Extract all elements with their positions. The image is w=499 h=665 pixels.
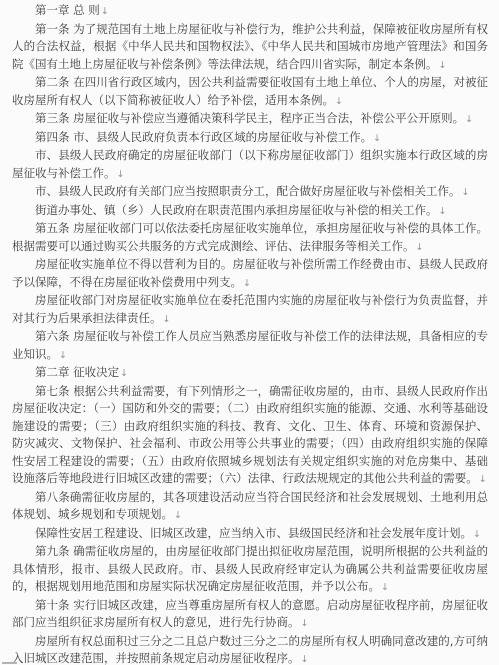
paragraph-mark-icon: ↓ xyxy=(163,311,171,329)
paragraph-mark-icon: ↓ xyxy=(373,130,381,148)
paragraph-mark-icon: ↓ xyxy=(465,111,473,129)
paragraph-text: 市、县级人民政府有关部门应当按照职责分工，配合做好房屋征收与补偿相关工作。 xyxy=(35,184,461,198)
paragraph-text: 街道办事处、镇（乡）人民政府在职责范围内承担房屋征收与补偿的相关工作。 xyxy=(35,203,438,217)
paragraph-mark-icon: ↓ xyxy=(59,347,67,365)
paragraph-mark-icon: ↓ xyxy=(101,3,109,21)
paragraph-text: 第七条 根据公共利益需要，有下列情形之一，确需征收房屋的，由市、县级人民政府作出… xyxy=(12,384,488,486)
paragraph-mark-icon: ↓ xyxy=(120,365,128,383)
paragraph-mark-icon: ↓ xyxy=(439,57,447,75)
paragraph-mark-icon: ↓ xyxy=(301,615,309,633)
paragraph-mark-icon: ↓ xyxy=(439,203,447,221)
paragraph-mark-icon: ↓ xyxy=(381,579,389,597)
paragraph-mark-icon: ↓ xyxy=(243,275,251,293)
article-paragraph: 第八条确需征收房屋的，其各项建设活动应当符合国民经济和社会发展规划、土地利用总体… xyxy=(12,489,488,525)
paragraph-text: 第三条 房屋征收与补偿应当遵循决策科学民主，程序正当合法，补偿公平公开原则。 xyxy=(35,111,464,125)
article-paragraph: 第六条 房屋征收与补偿工作人员应当熟悉房屋征收与补偿工作的法律法规，具备相应的专… xyxy=(12,328,488,364)
paragraph-text: 房屋所有权总面积过三分之二且总户数过三分之二的房屋所有权人明确同意改建的,方可纳… xyxy=(12,634,488,665)
paragraph-mark-icon: ↓ xyxy=(416,239,424,257)
paragraph-text: 第八条确需征收房屋的，其各项建设活动应当符合国民经济和社会发展规划、土地利用总体… xyxy=(12,490,488,522)
article-paragraph: 第二条 在四川省行政区域内，因公共利益需要征收国有土地上单位、个人的房屋，对被征… xyxy=(12,74,488,110)
paragraph-text: 房屋征收部门对房屋征收实施单位在委托范围内实施的房屋征收与补偿行为负责监督，并对… xyxy=(12,293,488,325)
body-paragraph: 房屋征收部门对房屋征收实施单位在委托范围内实施的房屋征收与补偿行为负责监督，并对… xyxy=(12,292,488,328)
body-paragraph: 街道办事处、镇（乡）人民政府在职责范围内承担房屋征收与补偿的相关工作。↓ xyxy=(12,202,488,221)
article-paragraph: 第九条 确需征收房屋的，由房屋征收部门提出拟征收房屋范围，说明所根据的公共利益的… xyxy=(12,543,488,597)
chapter-heading: 第一章 总 则↓ xyxy=(12,2,488,21)
page-edge-artifact xyxy=(2,662,17,664)
paragraph-mark-icon: ↓ xyxy=(117,166,125,184)
body-paragraph: 市、县级人民政府确定的房屋征收部门（以下称房屋征收部门）组织实施本行政区域的房屋… xyxy=(12,147,488,183)
paragraph-text: 保障性安居工程建设、旧城区改建，应当纳入市、县级国民经济和社会发展年度计划。 xyxy=(35,526,472,540)
paragraph-mark-icon: ↓ xyxy=(473,526,481,544)
chapter-heading: 第二章 征收决定↓ xyxy=(12,364,488,383)
paragraph-text: 第四条 市、县级人民政府负责本行政区域的房屋征收与补偿工作。 xyxy=(35,130,372,144)
article-paragraph: 第七条 根据公共利益需要，有下列情形之一，确需征收房屋的，由市、县级人民政府作出… xyxy=(12,383,488,489)
article-paragraph: 第一条 为了规范国有土地上房屋征收与补偿行为，维护公共利益，保障被征收房屋所有权… xyxy=(12,21,488,75)
paragraph-mark-icon: ↓ xyxy=(335,93,343,111)
chapter-heading-text: 第二章 征收决定 xyxy=(35,365,119,379)
chapter-heading-text: 第一章 总 则 xyxy=(35,3,100,17)
paragraph-text: 第二条 在四川省行政区域内，因公共利益需要征收国有土地上单位、个人的房屋，对被征… xyxy=(12,75,488,107)
document-page: 第一章 总 则↓ 第一条 为了规范国有土地上房屋征收与补偿行为，维护公共利益，保… xyxy=(0,0,499,665)
paragraph-text: 第九条 确需征收房屋的，由房屋征收部门提出拟征收房屋范围，说明所根据的公共利益的… xyxy=(12,544,488,593)
paragraph-mark-icon: ↓ xyxy=(462,184,470,202)
paragraph-mark-icon: ↓ xyxy=(301,651,309,665)
paragraph-text: 第十条 实行旧城区改建，应当尊重房屋所有权人的意愿。启动房屋征收程序前，房屋征收… xyxy=(12,598,488,630)
body-paragraph: 房屋征收实施单位不得以营利为目的。房屋征收与补偿所需工作经费由市、县级人民政府予… xyxy=(12,256,488,292)
body-paragraph: 市、县级人民政府有关部门应当按照职责分工，配合做好房屋征收与补偿相关工作。↓ xyxy=(12,183,488,202)
paragraph-text: 第六条 房屋征收与补偿工作人员应当熟悉房屋征收与补偿工作的法律法规，具备相应的专… xyxy=(12,329,488,361)
article-paragraph: 第十条 实行旧城区改建，应当尊重房屋所有权人的意愿。启动房屋征收程序前，房屋征收… xyxy=(12,597,488,633)
paragraph-text: 第一条 为了规范国有土地上房屋征收与补偿行为，维护公共利益，保障被征收房屋所有权… xyxy=(12,22,488,71)
article-paragraph: 第三条 房屋征收与补偿应当遵循决策科学民主，程序正当合法，补偿公平公开原则。↓ xyxy=(12,110,488,129)
body-paragraph: 房屋所有权总面积过三分之二且总户数过三分之二的房屋所有权人明确同意改建的,方可纳… xyxy=(12,633,488,665)
article-paragraph: 第四条 市、县级人民政府负责本行政区域的房屋征收与补偿工作。↓ xyxy=(12,129,488,148)
paragraph-text: 市、县级人民政府确定的房屋征收部门（以下称房屋征收部门）组织实施本行政区域的房屋… xyxy=(12,148,488,180)
paragraph-mark-icon: ↓ xyxy=(174,507,182,525)
paragraph-mark-icon: ↓ xyxy=(479,471,487,489)
body-paragraph: 保障性安居工程建设、旧城区改建，应当纳入市、县级国民经济和社会发展年度计划。↓ xyxy=(12,525,488,544)
article-paragraph: 第五条 房屋征收部门可以依法委托房屋征收实施单位，承担房屋征收与补偿的具体工作。… xyxy=(12,220,488,256)
